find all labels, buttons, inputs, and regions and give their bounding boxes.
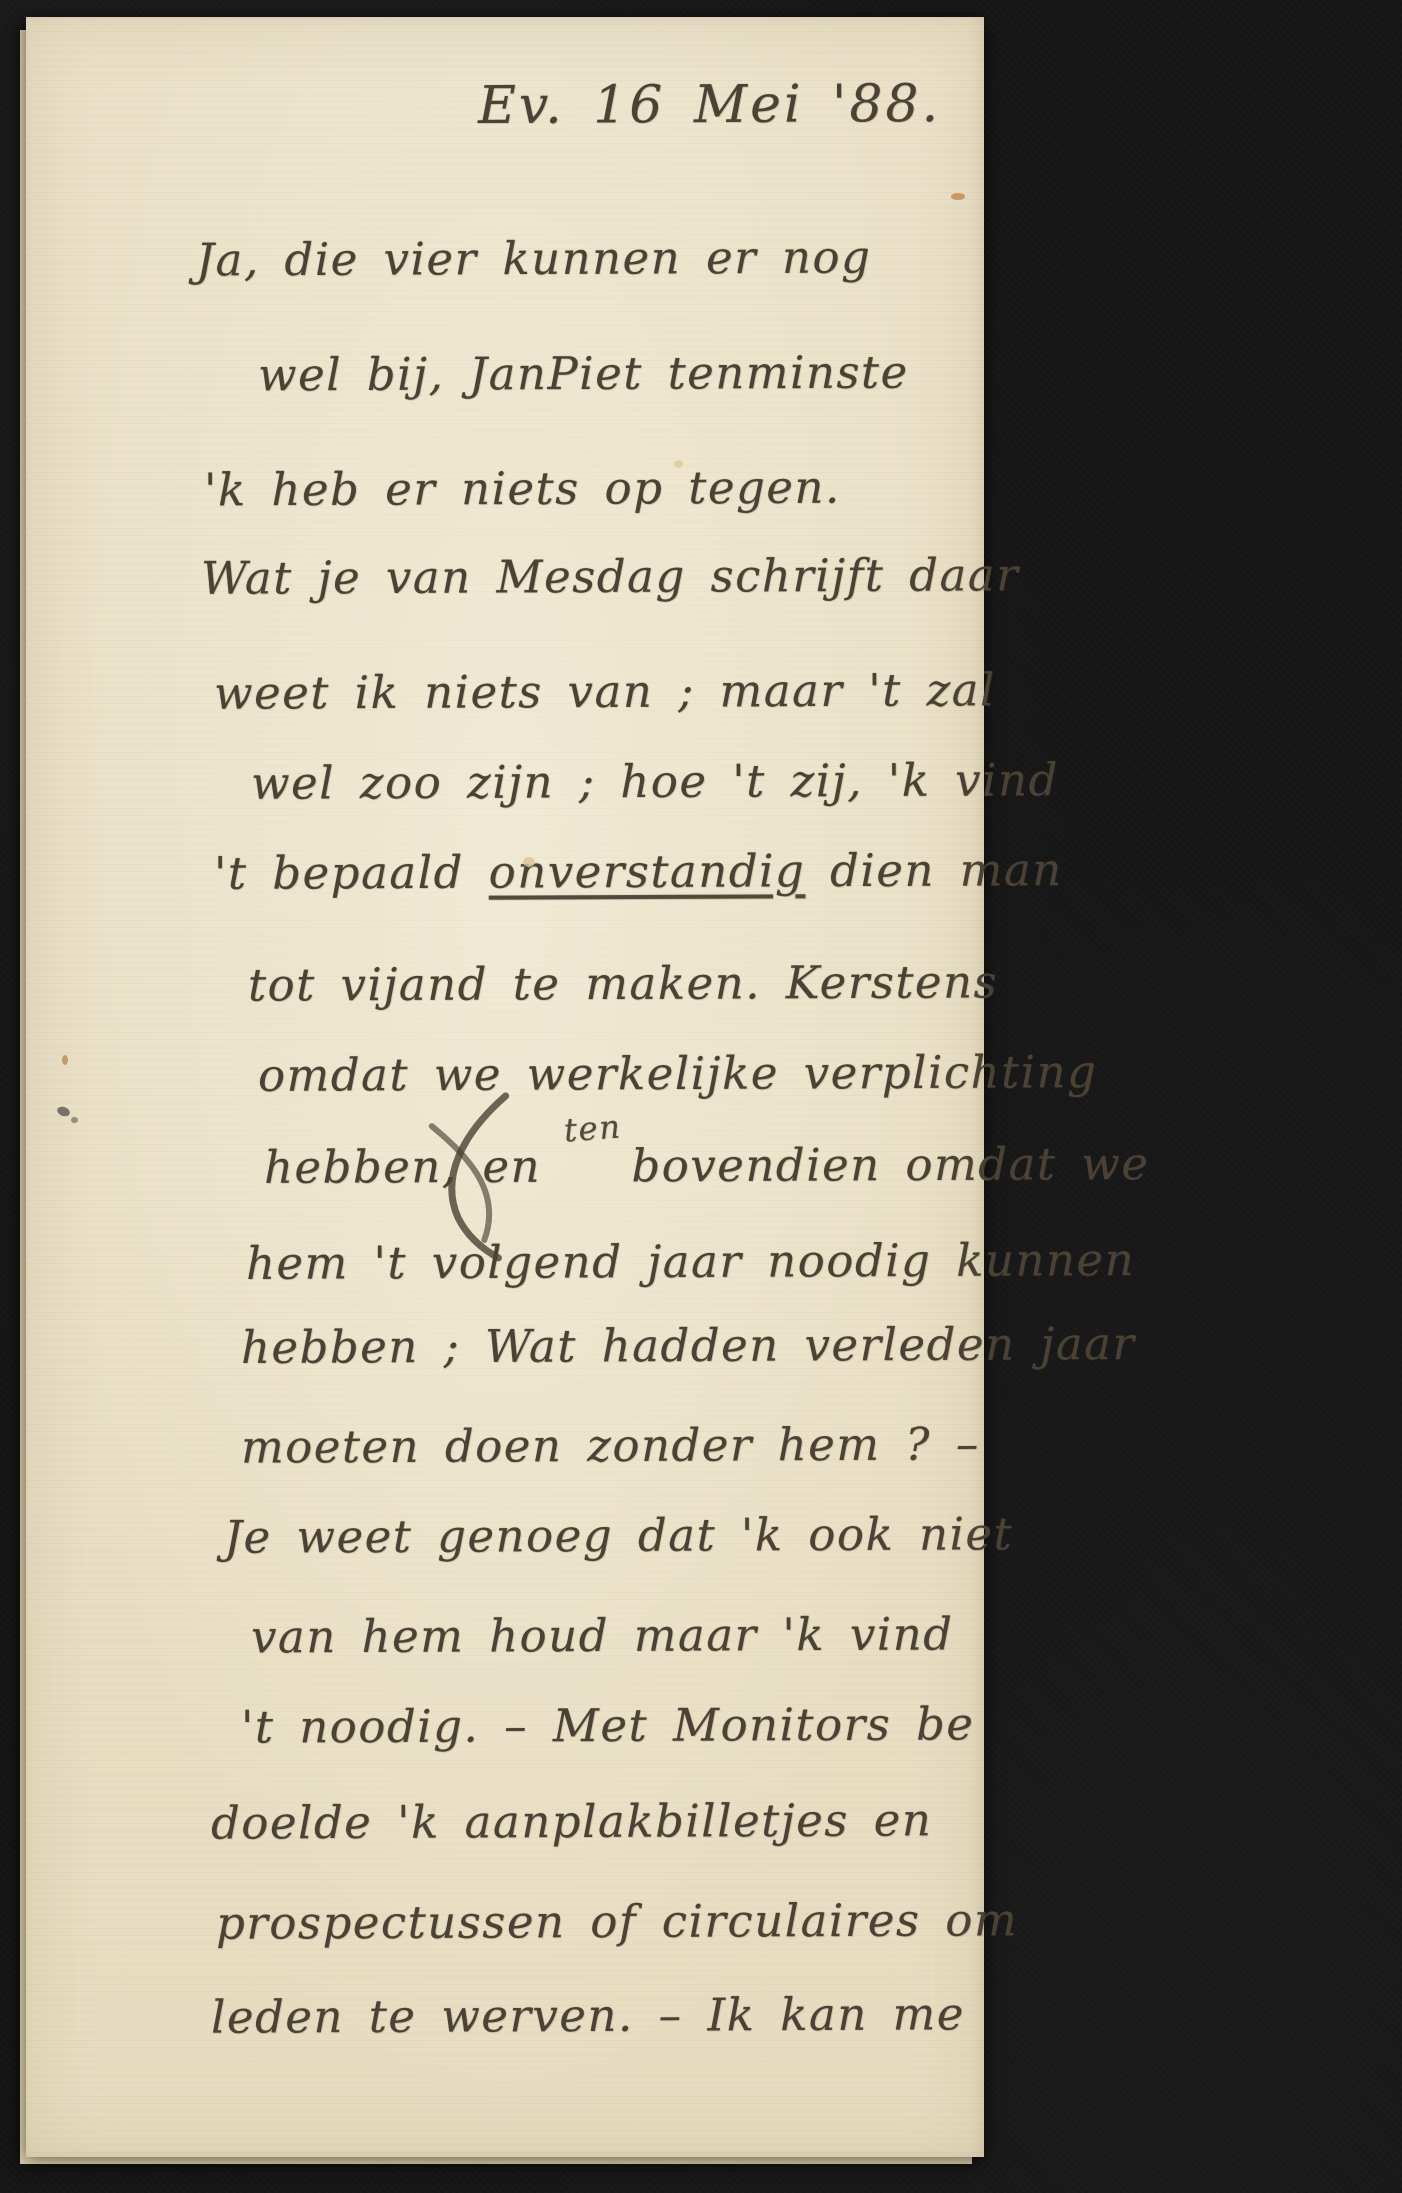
handwritten-line: weet ik niets van ; maar 't zal bbox=[214, 663, 996, 719]
line-segment: dien man bbox=[805, 843, 1063, 897]
letter-page: Ev. 16 Mei '88. Ja, die vier kunnen er n… bbox=[26, 17, 984, 2157]
line-segment: hebben, en bbox=[264, 1140, 566, 1194]
underlined-word: onverstandig bbox=[489, 844, 806, 898]
line-segment: 't bepaald bbox=[214, 846, 489, 900]
paper-stain bbox=[71, 1117, 78, 1123]
handwritten-line: 't noodig. – Met Monitors be bbox=[241, 1697, 975, 1753]
handwritten-line: hem 't volgend jaar noodig kunnen bbox=[246, 1233, 1135, 1290]
paper-stain bbox=[56, 1105, 71, 1118]
photo-background: Ev. 16 Mei '88. Ja, die vier kunnen er n… bbox=[0, 0, 1402, 2193]
handwritten-line: wel bij, JanPiet tenminste bbox=[258, 346, 909, 402]
handwritten-line: van hem houd maar 'k vind bbox=[251, 1607, 954, 1663]
handwritten-line: 'k heb er niets op tegen. bbox=[204, 461, 841, 517]
handwritten-line: omdat we werkelijke verplichting bbox=[258, 1045, 1098, 1102]
paper-speck bbox=[62, 1055, 68, 1065]
handwritten-line: doelde 'k aanplakbilletjes en bbox=[211, 1793, 933, 1849]
handwritten-line: prospectussen of circulaires om bbox=[216, 1893, 1018, 1949]
handwritten-line: Ja, die vier kunnen er nog bbox=[196, 231, 872, 287]
handwritten-line: hebben ; Wat hadden verleden jaar bbox=[241, 1317, 1136, 1374]
paper-speck bbox=[951, 193, 965, 200]
handwritten-line: 't bepaald onverstandig dien man bbox=[214, 843, 1063, 900]
handwritten-line: Wat je van Mesdag schrijft daar bbox=[201, 548, 1019, 605]
date-line: Ev. 16 Mei '88. bbox=[478, 74, 941, 136]
handwritten-line: leden te werven. – Ik kan me bbox=[211, 1987, 965, 2043]
inserted-word: ten bbox=[562, 1107, 622, 1149]
handwritten-line: hebben, en tenbovendien omdat we bbox=[264, 1137, 1150, 1194]
handwritten-line: Je weet genoeg dat 'k ook niet bbox=[224, 1507, 1013, 1563]
paper-speck bbox=[674, 460, 683, 468]
line-segment: bovendien omdat we bbox=[631, 1137, 1149, 1192]
paper-speck bbox=[523, 857, 535, 867]
handwritten-line: moeten doen zonder hem ? – bbox=[241, 1417, 980, 1473]
handwritten-line: tot vijand te maken. Kerstens bbox=[248, 955, 998, 1011]
handwritten-line: wel zoo zijn ; hoe 't zij, 'k vind bbox=[251, 753, 1059, 810]
